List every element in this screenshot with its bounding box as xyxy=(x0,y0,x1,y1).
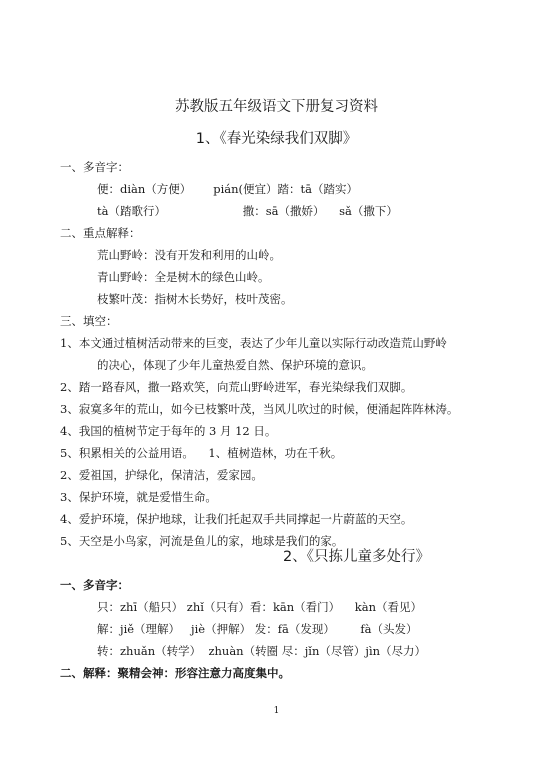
lesson1-explanations-label: 二、重点解释： xyxy=(60,226,141,240)
fill-in-item: 2、爱祖国，护绿化，保清洁，爱家园。 xyxy=(60,468,263,482)
document-page: 苏教版五年级语文下册复习资料 1、《春光染绿我们双脚》 一、多音字： 便：dià… xyxy=(0,0,553,766)
lesson2-polyphone-line: 转：zhuǎn（转学） zhuàn（转圈 尽：jǐn（尽管）jìn（尽力） xyxy=(97,644,426,658)
fill-in-item: 3、保护环境，就是爱惜生命。 xyxy=(60,490,217,504)
explanation-item: 青山野岭：全是树木的绿色山岭。 xyxy=(97,270,270,284)
fill-in-item: 2、踏一路春风，撒一路欢笑，向荒山野岭进军，春光染绿我们双脚。 xyxy=(60,380,412,394)
lesson2-polyphone-line: 解：jiě（理解） jiè（押解） 发：fā（发现） fà（头发） xyxy=(97,622,418,636)
lesson1-fill-in-label: 三、填空： xyxy=(60,314,118,328)
fill-in-item: 5、积累相关的公益用语。 1、植树造林，功在千秋。 xyxy=(60,446,342,460)
lesson1-heading: 1、《春光染绿我们双脚》 xyxy=(0,130,553,148)
page-number: 1 xyxy=(0,706,553,716)
lesson1-polyphone-line: tà（踏歌行） 撒：sā（撒娇） sǎ（撒下） xyxy=(97,204,398,218)
fill-in-item: 5、天空是小鸟家，河流是鱼儿的家，地球是我们的家。 xyxy=(60,534,343,548)
lesson2-polyphone-label: 一、多音字： xyxy=(60,578,129,592)
fill-in-item-continued: 的决心，体现了少年儿童热爱自然、保护环境的意识。 xyxy=(97,358,373,372)
document-title: 苏教版五年级语文下册复习资料 xyxy=(0,98,553,116)
lesson1-polyphone-label: 一、多音字： xyxy=(60,160,129,174)
fill-in-item: 3、寂寞多年的荒山，如今已枝繁叶茂，当风儿吹过的时候，便涌起阵阵林涛。 xyxy=(60,402,458,416)
explanation-item: 枝繁叶茂：指树木长势好，枝叶茂密。 xyxy=(97,292,293,306)
fill-in-item: 4、爱护环境，保护地球，让我们托起双手共同撑起一片蔚蓝的天空。 xyxy=(60,512,412,526)
lesson2-explanation: 二、解释：聚精会神：形容注意力高度集中。 xyxy=(60,666,290,680)
lesson1-polyphone-line: 便：diàn（方便） pián(便宜）踏：tā（踏实） xyxy=(97,182,358,196)
fill-in-item: 1、本文通过植树活动带来的巨变，表达了少年儿童以实际行动改造荒山野岭 xyxy=(60,336,447,350)
lesson2-heading: 2、《只拣儿童多处行》 xyxy=(80,548,553,566)
lesson2-polyphone-line: 只：zhī（船只） zhǐ（只有）看：kān（看门） kàn（看见） xyxy=(97,600,422,614)
explanation-item: 荒山野岭：没有开发和利用的山岭。 xyxy=(97,248,281,262)
fill-in-item: 4、我国的植树节定于每年的 3 月 12 日。 xyxy=(60,424,276,438)
